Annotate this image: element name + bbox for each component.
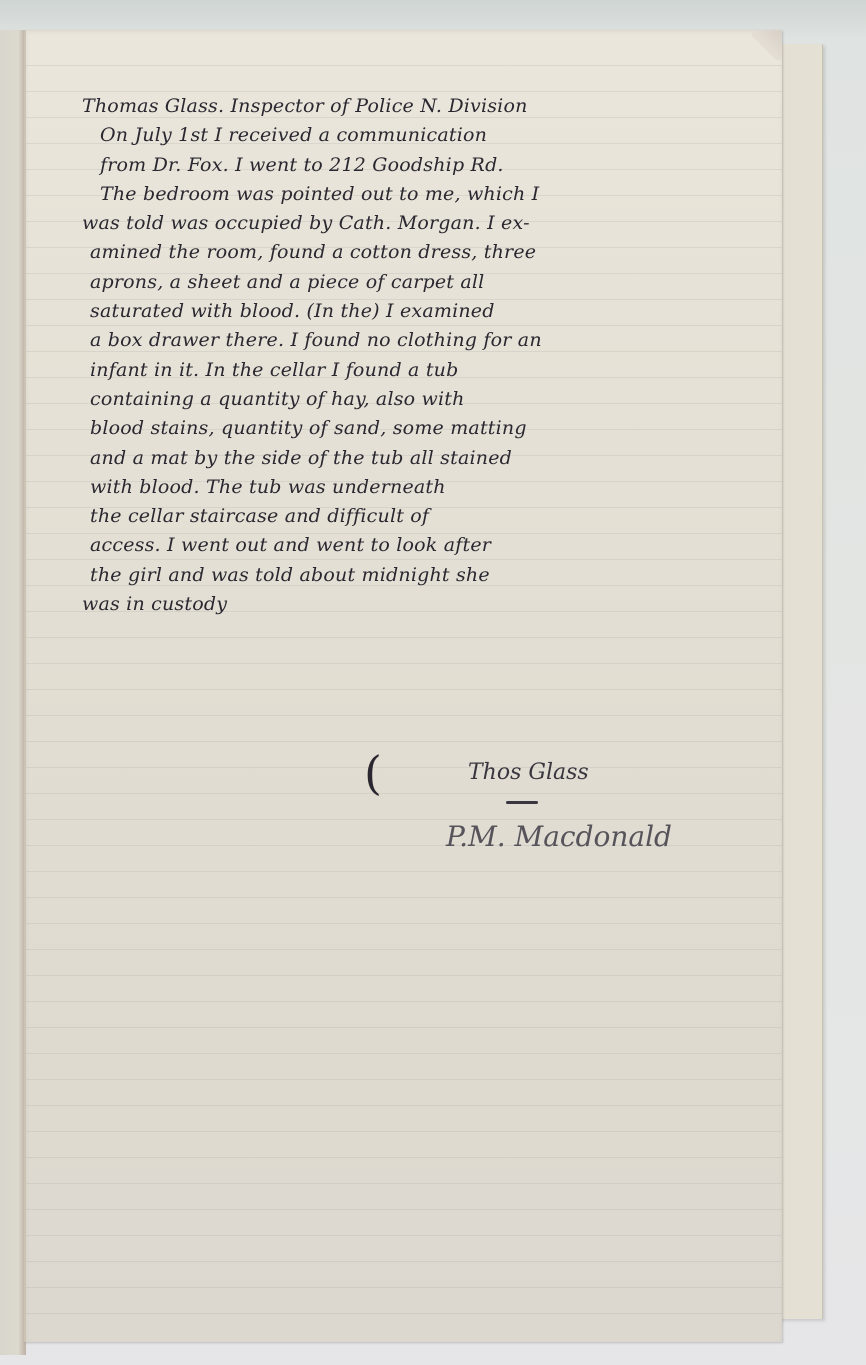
text-line: was in custody bbox=[82, 590, 782, 619]
text-line: infant in it. In the cellar I found a tu… bbox=[82, 356, 782, 385]
text-line: access. I went out and went to look afte… bbox=[82, 531, 782, 560]
text-line: amined the room, found a cotton dress, t… bbox=[82, 238, 782, 267]
text-line: a box drawer there. I found no clothing … bbox=[82, 326, 782, 355]
text-line: saturated with blood. (In the) I examine… bbox=[82, 297, 782, 326]
signature-witness: Thos Glass bbox=[468, 760, 589, 785]
left-facing-page-edge bbox=[0, 30, 26, 1355]
signature-underline bbox=[506, 801, 538, 804]
text-line: with blood. The tub was underneath bbox=[82, 473, 782, 502]
text-line: On July 1st I received a communication bbox=[82, 121, 782, 150]
text-line: the girl and was told about midnight she bbox=[82, 561, 782, 590]
statement-text: Thomas Glass. Inspector of Police N. Div… bbox=[82, 92, 782, 619]
text-line: blood stains, quantity of sand, some mat… bbox=[82, 414, 782, 443]
page-corner-crease bbox=[752, 30, 782, 60]
text-line: The bedroom was pointed out to me, which… bbox=[82, 180, 782, 209]
text-line: was told was occupied by Cath. Morgan. I… bbox=[82, 209, 782, 238]
text-line: containing a quantity of hay, also with bbox=[82, 385, 782, 414]
text-line: from Dr. Fox. I went to 212 Goodship Rd. bbox=[82, 151, 782, 180]
text-line: aprons, a sheet and a piece of carpet al… bbox=[82, 268, 782, 297]
text-line: and a mat by the side of the tub all sta… bbox=[82, 444, 782, 473]
text-line: Thomas Glass. Inspector of Police N. Div… bbox=[82, 92, 782, 121]
document-page: Thomas Glass. Inspector of Police N. Div… bbox=[24, 30, 782, 1342]
text-line: the cellar staircase and difficult of bbox=[82, 502, 782, 531]
signature-magistrate: P.M. Macdonald bbox=[446, 820, 672, 853]
closing-bracket-mark: ( bbox=[364, 746, 382, 800]
